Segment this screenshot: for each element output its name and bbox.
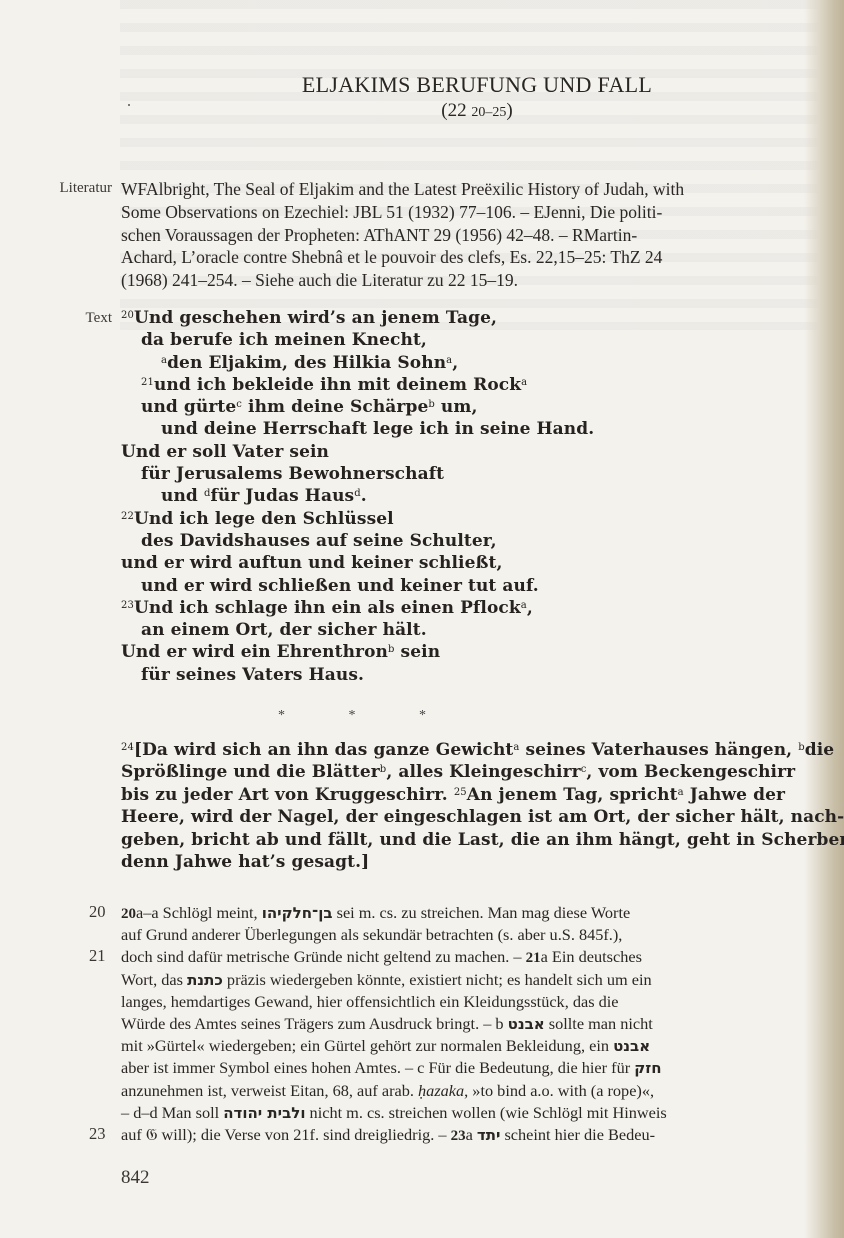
verse-text: Und er wird ein Ehrenthron <box>121 642 388 662</box>
note-text: auf Grund anderer Überlegungen als sekun… <box>121 925 622 944</box>
transliteration: ḥazaka <box>418 1081 464 1100</box>
verse-text: Und er soll Vater sein <box>121 442 329 462</box>
verse-text: Und ich lege den Schlüssel <box>134 509 394 529</box>
note-text: Würde des Amtes seines Trägers zum Ausdr… <box>121 1014 508 1033</box>
subtitle-verse-range: 20–25 <box>471 105 506 120</box>
hebrew-word: חזק <box>634 1059 661 1077</box>
note-verse-ref: 21 <box>526 950 541 966</box>
note-text: anzunehmen ist, verweist Eitan, 68, auf … <box>121 1081 418 1100</box>
verse-text: , <box>527 598 533 618</box>
verse-line: Und er wird ein Ehrenthronb sein <box>121 641 641 663</box>
verse-text: für seines Vaters Haus. <box>141 665 364 685</box>
print-speck <box>128 104 130 106</box>
verse-text: die <box>805 740 834 760</box>
hebrew-word: ולבית יהודה <box>223 1104 305 1122</box>
verse-text: um, <box>435 397 478 417</box>
verse-text: da berufe ich meinen Knecht, <box>141 330 427 350</box>
verse-number: 23 <box>121 600 134 611</box>
verse-text: bis zu jeder Art von Kruggeschirr. <box>121 785 454 805</box>
verse-text: und er wird auftun und keiner schließt, <box>121 553 502 573</box>
verse-text: Und geschehen wird’s an jenem Tage, <box>134 308 497 328</box>
section-subtitle: (22 20–25) <box>0 100 844 122</box>
note-verse-ref: 20 <box>121 906 136 922</box>
verse-text: des Davidshauses auf seine Schulter, <box>141 531 497 551</box>
verse-text: und er wird schließen und keiner tut auf… <box>141 576 539 596</box>
page-number: 842 <box>121 1167 150 1189</box>
translation-verse-block: 20Und geschehen wird’s an jenem Tage,da … <box>121 307 641 686</box>
verse-text: Jahwe der <box>684 785 785 805</box>
note-line: anzunehmen ist, verweist Eitan, 68, auf … <box>121 1080 811 1102</box>
verse-number: 24 <box>121 742 134 753</box>
note-line: – d–d Man soll ולבית יהודה nicht m. cs. … <box>121 1102 811 1124</box>
footnote-marker: a <box>521 377 527 388</box>
prose-line: geben, bricht ab und fällt, und die Last… <box>121 829 811 851</box>
hebrew-word: כתנת <box>187 971 223 989</box>
verse-text: , <box>452 353 458 373</box>
literature-block: WFAlbright, The Seal of Eljakim and the … <box>121 178 811 292</box>
note-line: mit »Gürtel« wiedergeben; ein Gürtel geh… <box>121 1035 811 1057</box>
note-verse-ref: 23 <box>451 1128 466 1144</box>
note-text: a <box>466 1125 477 1144</box>
verse-line: des Davidshauses auf seine Schulter, <box>121 530 641 552</box>
verse-text: Und ich schlage ihn ein als einen Pflock <box>134 598 521 618</box>
verse-text: und gürte <box>141 397 236 417</box>
hebrew-word: בן־חלקיהו <box>262 904 333 922</box>
verse-number: 21 <box>141 377 154 388</box>
note-text: doch sind dafür metrische Gründe nicht g… <box>121 947 526 966</box>
verse-text: . <box>361 486 367 506</box>
verse-text: und <box>161 486 204 506</box>
hebrew-word: יתד <box>477 1126 500 1144</box>
verse-number: 20 <box>121 310 134 321</box>
margin-verse-number: 20 <box>89 902 106 922</box>
verse-line: und gürtec ihm deine Schärpeb um, <box>121 396 641 418</box>
note-line: auf Grund anderer Überlegungen als sekun… <box>121 924 811 946</box>
verse-text: für Jerusalems Bewohnerschaft <box>141 464 444 484</box>
prose-line: bis zu jeder Art von Kruggeschirr. 25An … <box>121 784 811 806</box>
note-line: 20a–a Schlögl meint, בן־חלקיהו sei m. cs… <box>121 902 811 924</box>
verse-text: An jenem Tag, spricht <box>467 785 678 805</box>
verse-line: an einem Ort, der sicher hält. <box>121 619 641 641</box>
note-text: a Ein deutsches <box>541 947 642 966</box>
margin-verse-number: 21 <box>89 946 106 966</box>
note-text: aber ist immer Symbol eines hohen Amtes.… <box>121 1058 634 1077</box>
verse-line: Und er soll Vater sein <box>121 441 641 463</box>
verse-text: Sprößlinge und die Blätter <box>121 762 380 782</box>
literature-line: WFAlbright, The Seal of Eljakim and the … <box>121 178 811 201</box>
note-line: langes, hemdartiges Gewand, hier offensi… <box>121 991 811 1013</box>
verse-line: aden Eljakim, des Hilkia Sohna, <box>121 352 641 374</box>
note-text: mit »Gürtel« wiedergeben; ein Gürtel geh… <box>121 1036 613 1055</box>
verse-line: 20Und geschehen wird’s an jenem Tage, <box>121 307 641 329</box>
verse-line: für Jerusalems Bewohnerschaft <box>121 463 641 485</box>
prose-line: Heere, wird der Nagel, der eingeschlagen… <box>121 806 811 828</box>
note-text: – d–d Man soll <box>121 1103 223 1122</box>
note-text: sollte man nicht <box>545 1014 653 1033</box>
hebrew-word: אבנט <box>508 1015 545 1033</box>
note-text: a–a Schlögl meint, <box>136 903 262 922</box>
note-text: sei m. cs. zu streichen. Man mag diese W… <box>333 903 631 922</box>
note-text: auf 𝔊 will); die Verse von 21f. sind dre… <box>121 1125 451 1144</box>
verse-text: [Da wird sich an ihn das ganze Gewicht <box>134 740 513 760</box>
verse-text: für Judas Haus <box>210 486 354 506</box>
verse-text: denn Jahwe hat’s gesagt.] <box>121 852 369 872</box>
subtitle-close: ) <box>506 100 512 121</box>
literature-line: Some Observations on Ezechiel: JBL 51 (1… <box>121 201 811 224</box>
verse-text: und deine Herrschaft lege ich in seine H… <box>161 419 594 439</box>
literature-line: Achard, L’oracle contre Shebnâ et le pou… <box>121 246 811 269</box>
verse-text: den Eljakim, des Hilkia Sohn <box>167 353 446 373</box>
verse-text: an einem Ort, der sicher hält. <box>141 620 427 640</box>
verse-number: 25 <box>454 787 467 798</box>
note-text: Wort, das <box>121 970 187 989</box>
verse-line: da berufe ich meinen Knecht, <box>121 329 641 351</box>
verse-line: 23Und ich schlage ihn ein als einen Pflo… <box>121 597 641 619</box>
verse-line: für seines Vaters Haus. <box>121 664 641 686</box>
literature-line: schen Voraussagen der Propheten: AThANT … <box>121 224 811 247</box>
subtitle-chapter: (22 <box>441 100 471 121</box>
note-line: doch sind dafür metrische Gründe nicht g… <box>121 946 811 968</box>
section-title: ELJAKIMS BERUFUNG UND FALL <box>0 72 844 98</box>
note-line: aber ist immer Symbol eines hohen Amtes.… <box>121 1057 811 1079</box>
prose-line: Sprößlinge und die Blätterb, alles Klein… <box>121 761 811 783</box>
text-label: Text <box>36 310 112 327</box>
margin-verse-number: 23 <box>89 1124 106 1144</box>
textual-notes-block: 20a–a Schlögl meint, בן־חלקיהו sei m. cs… <box>121 902 811 1146</box>
note-line: auf 𝔊 will); die Verse von 21f. sind dre… <box>121 1124 811 1146</box>
verse-text: , vom Beckengeschirr <box>586 762 795 782</box>
verse-line: und dfür Judas Hausd. <box>121 485 641 507</box>
verse-line: und er wird auftun und keiner schließt, <box>121 552 641 574</box>
verse-text: geben, bricht ab und fällt, und die Last… <box>121 830 844 850</box>
verse-line: und er wird schließen und keiner tut auf… <box>121 575 641 597</box>
prose-line: denn Jahwe hat’s gesagt.] <box>121 851 811 873</box>
note-line: Wort, das כתנת präzis wiedergeben könnte… <box>121 969 811 991</box>
verse-text: , alles Kleingeschirr <box>386 762 580 782</box>
section-separator: * * * <box>278 708 456 724</box>
verse-line: 22Und ich lege den Schlüssel <box>121 508 641 530</box>
note-line: Würde des Amtes seines Trägers zum Ausdr… <box>121 1013 811 1035</box>
literature-label: Literatur <box>36 180 112 197</box>
verse-text: seines Vaterhauses hängen, <box>519 740 798 760</box>
literature-line: (1968) 241–254. – Siehe auch die Literat… <box>121 269 811 292</box>
verse-line: und deine Herrschaft lege ich in seine H… <box>121 418 641 440</box>
verse-text: ihm deine Schärpe <box>242 397 428 417</box>
note-text: scheint hier die Bedeu- <box>500 1125 655 1144</box>
note-text: nicht m. cs. streichen wollen (wie Schlö… <box>305 1103 666 1122</box>
hebrew-word: אבנט <box>613 1037 650 1055</box>
verse-text: sein <box>395 642 441 662</box>
verse-line: 21und ich bekleide ihn mit deinem Rocka <box>121 374 641 396</box>
verse-text: Heere, wird der Nagel, der eingeschlagen… <box>121 807 844 827</box>
prose-line: 24[Da wird sich an ihn das ganze Gewicht… <box>121 739 811 761</box>
note-text: langes, hemdartiges Gewand, hier offensi… <box>121 992 619 1011</box>
note-text: , »to bind a.o. with (a rope)«, <box>464 1081 654 1100</box>
verse-number: 22 <box>121 511 134 522</box>
verse-text: und ich bekleide ihn mit deinem Rock <box>154 375 521 395</box>
note-text: präzis wiedergeben könnte, existiert nic… <box>223 970 652 989</box>
translation-prose-block: 24[Da wird sich an ihn das ganze Gewicht… <box>121 739 811 873</box>
